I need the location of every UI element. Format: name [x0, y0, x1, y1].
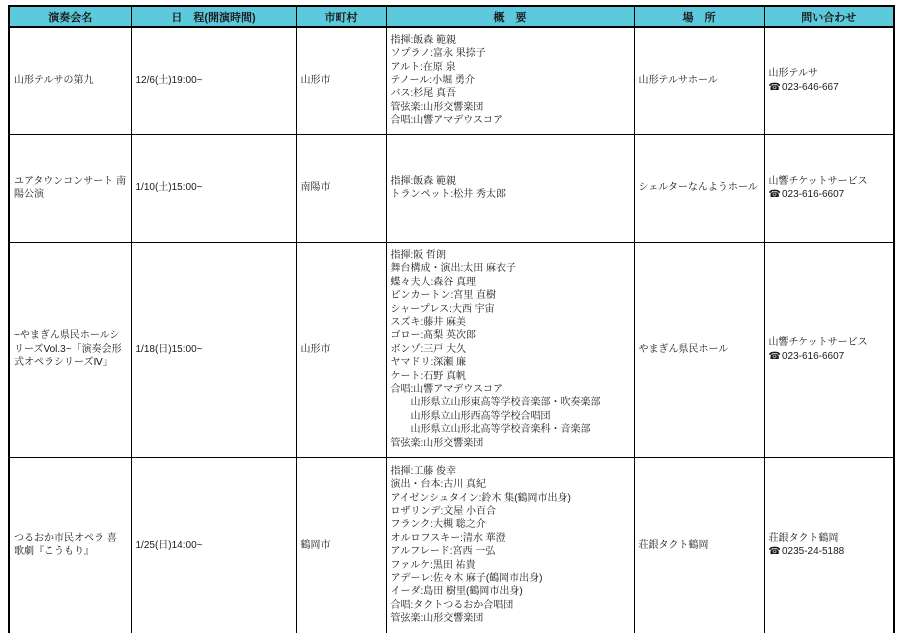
concert-name-cell: ユアタウンコンサート 南陽公演 [9, 134, 131, 242]
city-cell: 南陽市 [296, 134, 386, 242]
phone-icon: ☎ [769, 351, 781, 362]
header-concert-name: 演奏会名 [9, 6, 131, 27]
venue-cell: 山形テルサホール [634, 27, 764, 134]
table-row: ユアタウンコンサート 南陽公演 1/10(土)15:00~ 南陽市 指揮:飯森 … [9, 134, 894, 242]
overview-cell: 指揮:飯森 範親 ソプラノ:富永 果捺子 アルト:在原 泉 テノール:小堀 勇介… [386, 27, 634, 134]
table-row: つるおか市民オペラ 喜歌劇『こうもり』 1/25(日)14:00~ 鶴岡市 指揮… [9, 457, 894, 633]
header-overview: 概 要 [386, 6, 634, 27]
contact-phone-line: ☎0235-24-5188 [769, 545, 890, 558]
overview-cell: 指揮:飯森 範親 トランペット:松井 秀太郎 [386, 134, 634, 242]
header-venue: 場 所 [634, 6, 764, 27]
contact-name: 山形テルサ [769, 67, 890, 80]
contact-cell: 荘銀タクト鶴岡 ☎0235-24-5188 [764, 457, 894, 633]
contact-phone: 023-616-6607 [782, 351, 844, 362]
contact-name: 山響チケットサービス [769, 336, 890, 349]
concert-name-cell: 山形テルサの第九 [9, 27, 131, 134]
contact-cell: 山響チケットサービス ☎023-616-6607 [764, 134, 894, 242]
contact-phone: 023-646-667 [782, 82, 839, 93]
concert-name-cell: ~やまぎん県民ホールシリーズVol.3~「演奏会形式オペラシリーズⅣ」 [9, 242, 131, 457]
contact-phone: 0235-24-5188 [782, 546, 844, 557]
header-date: 日 程(開演時間) [131, 6, 296, 27]
phone-icon: ☎ [769, 82, 781, 93]
city-cell: 山形市 [296, 242, 386, 457]
header-city: 市町村 [296, 6, 386, 27]
phone-icon: ☎ [769, 189, 781, 200]
contact-name: 山響チケットサービス [769, 175, 890, 188]
date-cell: 1/18(日)15:00~ [131, 242, 296, 457]
contact-name: 荘銀タクト鶴岡 [769, 532, 890, 545]
contact-phone-line: ☎023-616-6607 [769, 188, 890, 201]
contact-phone-line: ☎023-646-667 [769, 81, 890, 94]
header-row: 演奏会名 日 程(開演時間) 市町村 概 要 場 所 問い合わせ [9, 6, 894, 27]
concert-name-cell: つるおか市民オペラ 喜歌劇『こうもり』 [9, 457, 131, 633]
concert-table: 演奏会名 日 程(開演時間) 市町村 概 要 場 所 問い合わせ 山形テルサの第… [8, 5, 895, 633]
overview-cell: 指揮:阪 哲朗 舞台構成・演出:太田 麻衣子 蝶々夫人:森谷 真理 ピンカートン… [386, 242, 634, 457]
overview-cell: 指揮:工藤 俊幸 演出・台本:古川 真紀 アイゼンシュタイン:鈴木 集(鶴岡市出… [386, 457, 634, 633]
contact-cell: 山形テルサ ☎023-646-667 [764, 27, 894, 134]
table-row: 山形テルサの第九 12/6(土)19:00~ 山形市 指揮:飯森 範親 ソプラノ… [9, 27, 894, 134]
contact-cell: 山響チケットサービス ☎023-616-6607 [764, 242, 894, 457]
venue-cell: シェルターなんようホール [634, 134, 764, 242]
contact-phone-line: ☎023-616-6607 [769, 350, 890, 363]
date-cell: 12/6(土)19:00~ [131, 27, 296, 134]
contact-phone: 023-616-6607 [782, 189, 844, 200]
venue-cell: やまぎん県民ホール [634, 242, 764, 457]
city-cell: 山形市 [296, 27, 386, 134]
venue-cell: 荘銀タクト鶴岡 [634, 457, 764, 633]
city-cell: 鶴岡市 [296, 457, 386, 633]
table-row: ~やまぎん県民ホールシリーズVol.3~「演奏会形式オペラシリーズⅣ」 1/18… [9, 242, 894, 457]
header-contact: 問い合わせ [764, 6, 894, 27]
date-cell: 1/10(土)15:00~ [131, 134, 296, 242]
concert-schedule-page: 演奏会名 日 程(開演時間) 市町村 概 要 場 所 問い合わせ 山形テルサの第… [0, 0, 900, 633]
date-cell: 1/25(日)14:00~ [131, 457, 296, 633]
phone-icon: ☎ [769, 546, 781, 557]
